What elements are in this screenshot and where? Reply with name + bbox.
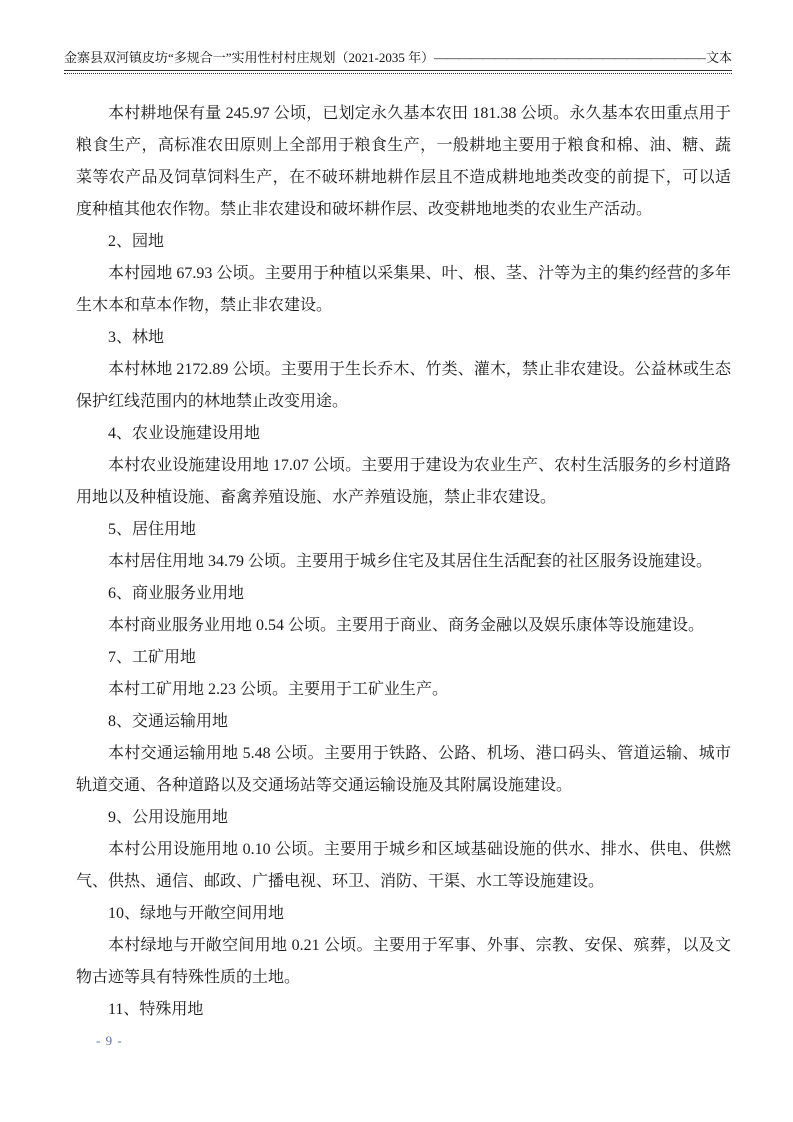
section-heading: 6、商业服务业用地	[76, 578, 731, 610]
paragraph: 本村园地 67.93 公顷。主要用于种植以采集果、叶、根、茎、汁等为主的集约经营…	[76, 258, 731, 322]
section-heading: 4、农业设施建设用地	[76, 418, 731, 450]
paragraph: 本村商业服务业用地 0.54 公顷。主要用于商业、商务金融以及娱乐康体等设施建设…	[76, 610, 731, 642]
section-heading: 8、交通运输用地	[76, 706, 731, 738]
paragraph: 本村工矿用地 2.23 公顷。主要用于工矿业生产。	[76, 674, 731, 706]
paragraph: 本村交通运输用地 5.48 公顷。主要用于铁路、公路、机场、港口码头、管道运输、…	[76, 738, 731, 802]
header-rule-dotted	[64, 73, 732, 74]
header-line: 金寨县双河镇皮坊“多规合一”实用性村村庄规划（2021-2035 年） ————…	[64, 50, 732, 66]
page-number: - 9 -	[96, 1033, 123, 1049]
section-heading: 11、特殊用地	[76, 994, 731, 1026]
section-heading: 2、园地	[76, 226, 731, 258]
header-rule-solid	[64, 70, 732, 71]
paragraph: 本村居住用地 34.79 公顷。主要用于城乡住宅及其居住生活配套的社区服务设施建…	[76, 546, 731, 578]
paragraph: 本村农业设施建设用地 17.07 公顷。主要用于建设为农业生产、农村生活服务的乡…	[76, 450, 731, 514]
section-heading: 5、居住用地	[76, 514, 731, 546]
header-doc-type-label: 文本	[706, 50, 732, 66]
paragraph: 本村绿地与开敞空间用地 0.21 公顷。主要用于军事、外事、宗教、安保、殡葬，以…	[76, 930, 731, 994]
page-header: 金寨县双河镇皮坊“多规合一”实用性村村庄规划（2021-2035 年） ————…	[64, 50, 732, 74]
section-heading: 7、工矿用地	[76, 642, 731, 674]
paragraph: 本村公用设施用地 0.10 公顷。主要用于城乡和区域基础设施的供水、排水、供电、…	[76, 834, 731, 898]
paragraph: 本村耕地保有量 245.97 公顷，已划定永久基本农田 181.38 公顷。永久…	[76, 98, 731, 226]
section-heading: 10、绿地与开敞空间用地	[76, 898, 731, 930]
document-page: 金寨县双河镇皮坊“多规合一”实用性村村庄规划（2021-2035 年） ————…	[0, 0, 793, 1122]
section-heading: 3、林地	[76, 322, 731, 354]
section-heading: 9、公用设施用地	[76, 802, 731, 834]
header-leader-dashes: ———————————————————————————	[434, 50, 706, 66]
header-title: 金寨县双河镇皮坊“多规合一”实用性村村庄规划（2021-2035 年）	[64, 50, 434, 66]
paragraph: 本村林地 2172.89 公顷。主要用于生长乔木、竹类、灌木，禁止非农建设。公益…	[76, 354, 731, 418]
document-body: 本村耕地保有量 245.97 公顷，已划定永久基本农田 181.38 公顷。永久…	[76, 98, 731, 1026]
